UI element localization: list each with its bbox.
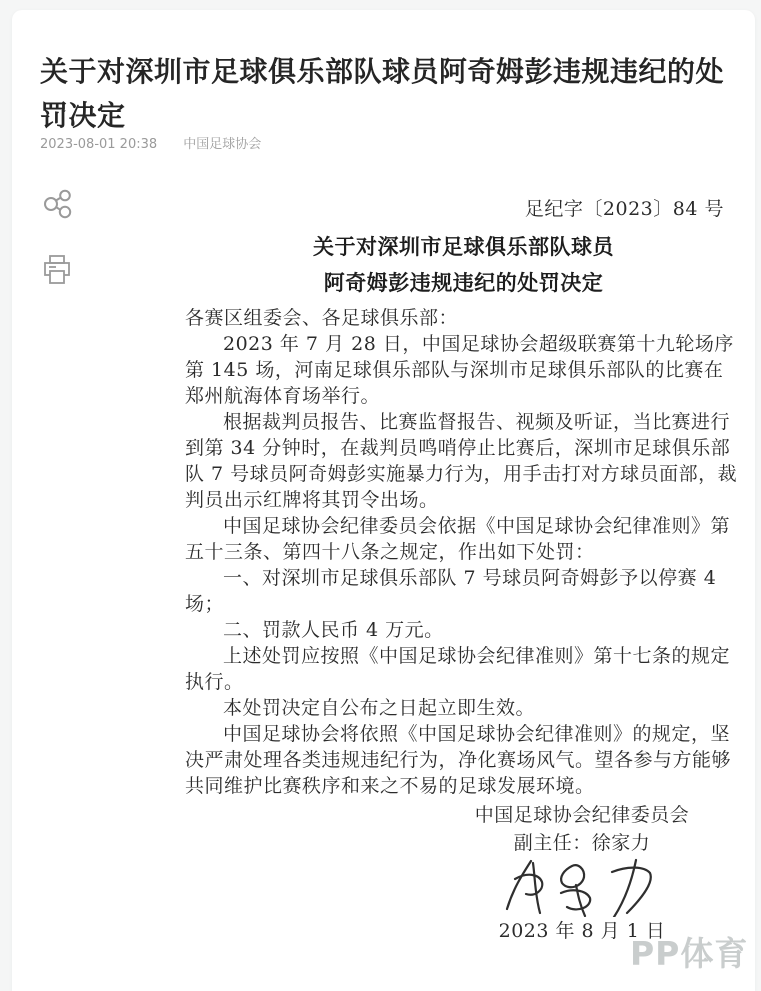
- paragraph-2: 根据裁判员报告、比赛监督报告、视频及听证，当比赛进行到第 34 分钟时，在裁判员…: [185, 409, 742, 513]
- document-title: 关于对深圳市足球俱乐部队球员 阿奇姆彭违规违纪的处罚决定: [185, 229, 742, 301]
- signature-handwriting: [497, 857, 667, 917]
- closing-block: 中国足球协会纪律委员会 副主任：徐家力 2023 年 8 月 1 日: [457, 801, 707, 945]
- paragraph-1: 2023 年 7 月 28 日，中国足球协会超级联赛第十九轮场序第 145 场，…: [185, 331, 742, 409]
- paragraph-7: 本处罚决定自公布之日起立即生效。: [185, 695, 742, 721]
- paragraph-8: 中国足球协会将依照《中国足球协会纪律准则》的规定，坚决严肃处理各类违规违纪行为，…: [185, 721, 742, 799]
- closing-org: 中国足球协会纪律委员会: [457, 801, 707, 829]
- document-title-line2: 阿奇姆彭违规违纪的处罚决定: [185, 265, 742, 301]
- paragraph-6: 上述处罚应按照《中国足球协会纪律准则》第十七条的规定执行。: [185, 643, 742, 695]
- pp-sports-watermark: PP体育: [630, 928, 748, 975]
- closing-signer: 副主任：徐家力: [457, 829, 707, 857]
- salutation: 各赛区组委会、各足球俱乐部：: [185, 305, 742, 331]
- print-button[interactable]: [41, 254, 73, 286]
- article-headline: 关于对深圳市足球俱乐部队球员阿奇姆彭违规违纪的处罚决定: [40, 50, 740, 138]
- print-icon: [42, 254, 72, 286]
- paragraph-5: 二、罚款人民币 4 万元。: [185, 617, 742, 643]
- publish-datetime: 2023-08-01 20:38: [40, 137, 157, 152]
- paragraph-4: 一、对深圳市足球俱乐部队 7 号球员阿奇姆彭予以停赛 4 场；: [185, 565, 742, 617]
- document-title-line1: 关于对深圳市足球俱乐部队球员: [185, 229, 742, 265]
- document-number: 足纪字〔2023〕84 号: [185, 195, 742, 223]
- side-action-bar: [41, 188, 73, 286]
- share-icon: [42, 189, 72, 219]
- article-meta: 2023-08-01 20:38 中国足球协会: [40, 133, 261, 152]
- paragraph-3: 中国足球协会纪律委员会依据《中国足球协会纪律准则》第五十三条、第四十八条之规定，…: [185, 513, 742, 565]
- article-card: 关于对深圳市足球俱乐部队球员阿奇姆彭违规违纪的处罚决定 2023-08-01 2…: [12, 10, 755, 991]
- official-document: 足纪字〔2023〕84 号 关于对深圳市足球俱乐部队球员 阿奇姆彭违规违纪的处罚…: [185, 195, 742, 945]
- share-button[interactable]: [41, 188, 73, 220]
- publisher-link[interactable]: 中国足球协会: [183, 137, 261, 152]
